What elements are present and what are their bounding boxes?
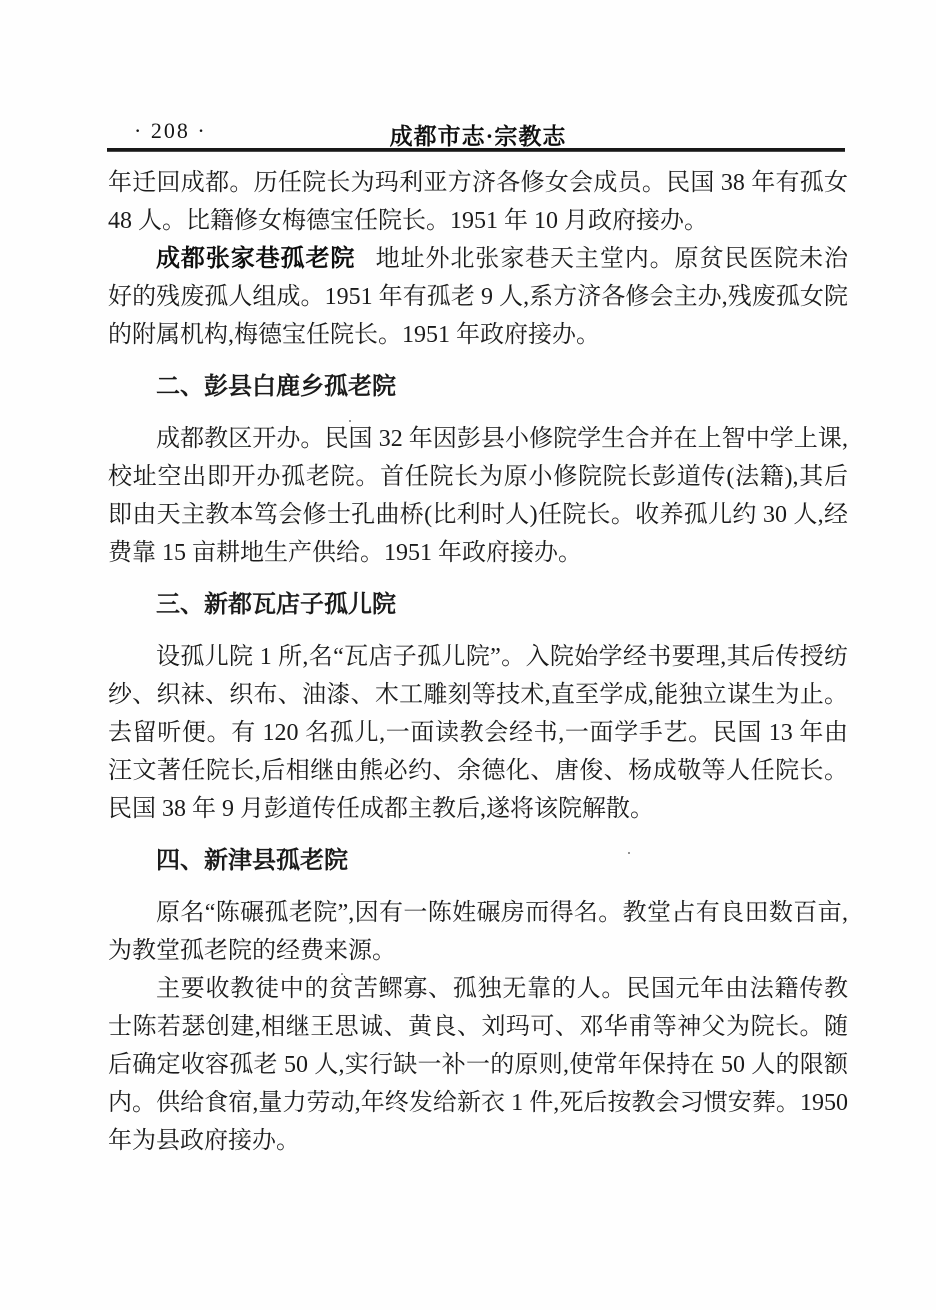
scan-speck: [628, 852, 630, 854]
section-heading-2: 二、彭县白鹿乡孤老院: [108, 368, 848, 406]
entry-title-zhangjiaxiang: 成都张家巷孤老院: [156, 246, 355, 272]
paragraph-section-3: 设孤儿院 1 所,名“瓦店子孤儿院”。入院始学经书要理,其后传授纺纱、织袜、织布…: [108, 638, 848, 828]
paragraph-zhangjiaxiang: 成都张家巷孤老院地址外北张家巷天主堂内。原贫民医院未治好的残废孤人组成。1951…: [108, 240, 848, 354]
paragraph-section-2: 成都教区开办。民国 32 年因彭县小修院学生合并在上智中学上课,校址空出即开办孤…: [108, 420, 848, 572]
scanned-book-page: · 208 · 成都市志·宗教志 年迁回成都。历任院长为玛利亚方济各修女会成员。…: [0, 0, 936, 1310]
scan-speck: [349, 420, 351, 422]
scan-speck: [567, 800, 570, 803]
section-heading-4: 四、新津县孤老院: [108, 842, 848, 880]
text-body: 年迁回成都。历任院长为玛利亚方济各修女会成员。民国 38 年有孤女 48 人。比…: [108, 164, 848, 1160]
book-title: 成都市志·宗教志: [108, 118, 848, 151]
running-header: · 208 · 成都市志·宗教志: [108, 118, 848, 148]
section-heading-3: 三、新都瓦店子孤儿院: [108, 586, 848, 624]
header-rule: [107, 148, 845, 152]
paragraph-continuation: 年迁回成都。历任院长为玛利亚方济各修女会成员。民国 38 年有孤女 48 人。比…: [108, 164, 848, 240]
paragraph-section-4a: 原名“陈碾孤老院”,因有一陈姓碾房而得名。教堂占有良田数百亩,为教堂孤老院的经费…: [108, 894, 848, 970]
scan-speck: [341, 973, 343, 975]
paragraph-section-4b: 主要收教徒中的贫苦鳏寡、孤独无靠的人。民国元年由法籍传教士陈若瑟创建,相继王思诚…: [108, 970, 848, 1160]
